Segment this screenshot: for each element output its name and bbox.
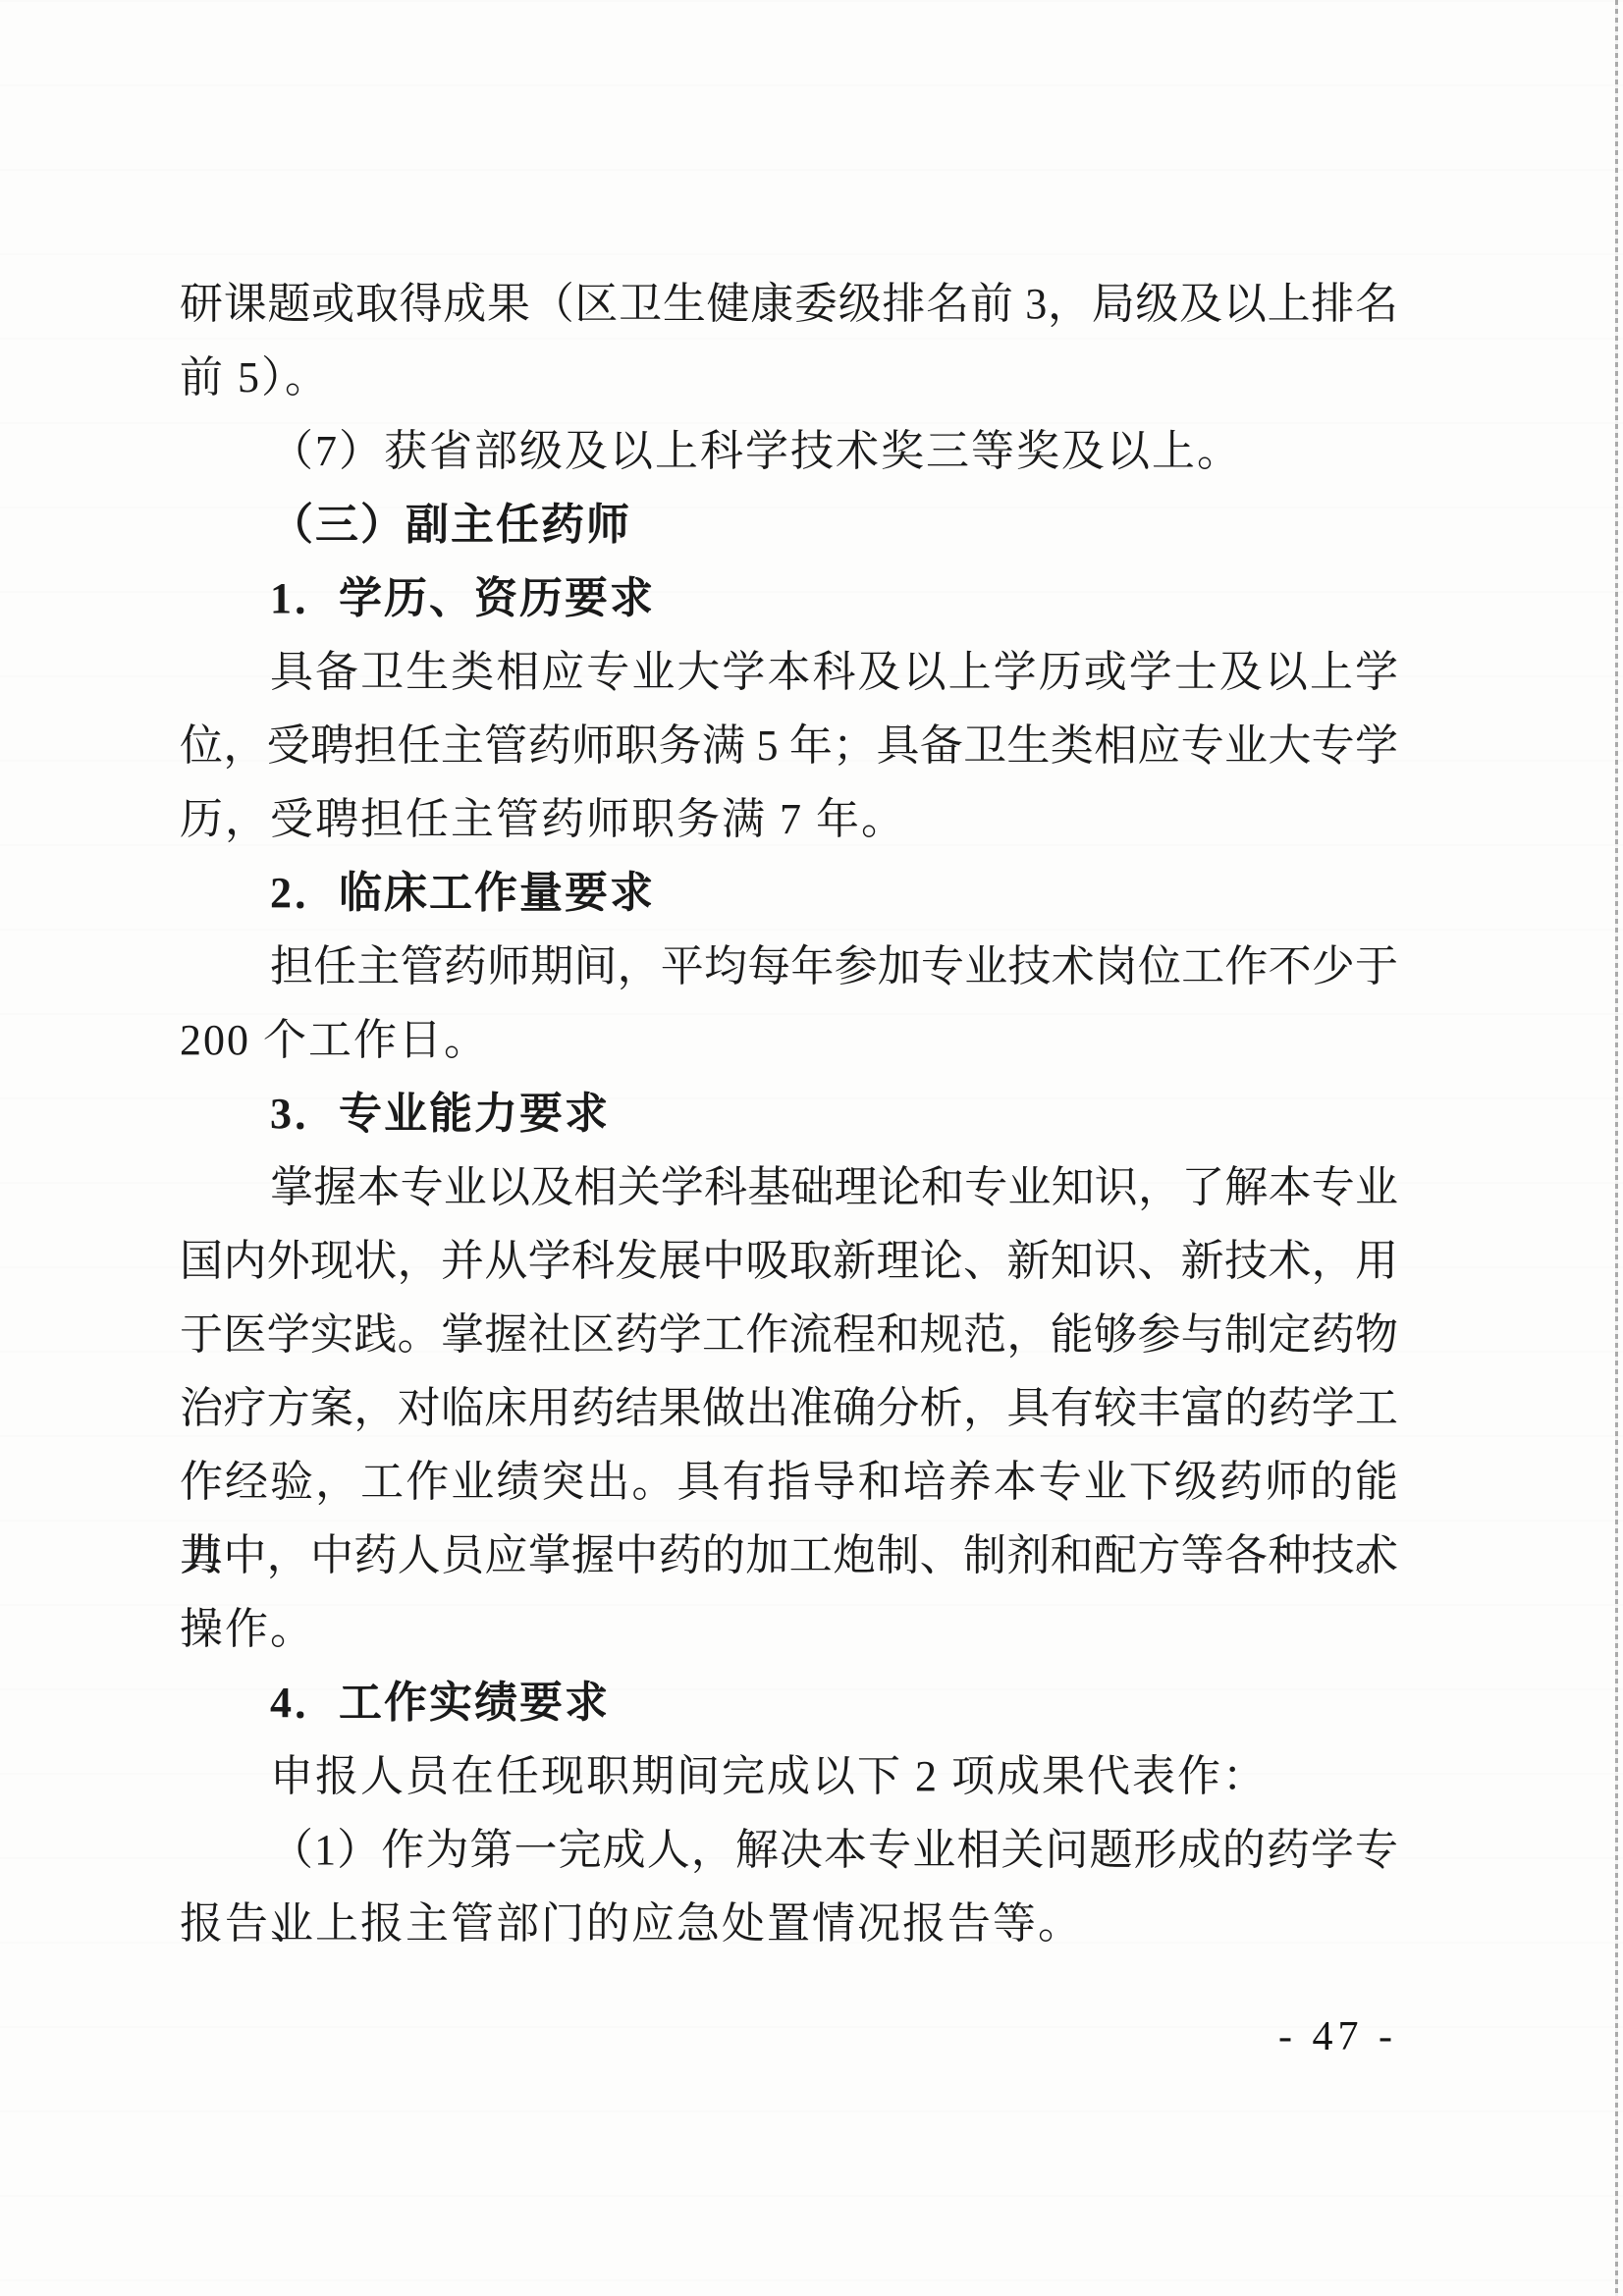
text-line: 申报人员在任现职期间完成以下 2 项成果代表作： — [180, 1739, 1398, 1813]
text-line: 研课题或取得成果（区卫生健康委级排名前 3，局级及以上排名 — [180, 267, 1398, 341]
text-block: 研课题或取得成果（区卫生健康委级排名前 3，局级及以上排名前 5）。（7）获省部… — [180, 267, 1398, 1960]
text-line: 3．专业能力要求 — [180, 1077, 1398, 1150]
text-line: 担任主管药师期间，平均每年参加专业技术岗位工作不少于 — [180, 930, 1398, 1003]
text-line: 历，受聘担任主管药师职务满 7 年。 — [180, 782, 1398, 856]
text-line: 治疗方案，对临床用药结果做出准确分析，具有较丰富的药学工 — [180, 1371, 1398, 1445]
scan-edge-artifact — [1615, 0, 1618, 2296]
document-page: 研课题或取得成果（区卫生健康委级排名前 3，局级及以上排名前 5）。（7）获省部… — [0, 0, 1623, 2296]
text-line: 2．临床工作量要求 — [180, 856, 1398, 930]
text-line: 于医学实践。掌握社区药学工作流程和规范，能够参与制定药物 — [180, 1298, 1398, 1371]
text-line: 前 5）。 — [180, 341, 1398, 414]
page-number: - 47 - — [1278, 2009, 1397, 2064]
text-line: 4．工作实绩要求 — [180, 1666, 1398, 1739]
text-line: 具备卫生类相应专业大学本科及以上学历或学士及以上学 — [180, 635, 1398, 709]
text-line: 报告、上报主管部门的应急处置情况报告等。 — [180, 1887, 1398, 1960]
text-line: 作经验，工作业绩突出。具有指导和培养本专业下级药师的能力。 — [180, 1445, 1398, 1519]
text-line: （三）副主任药师 — [180, 488, 1398, 561]
text-line: 其中，中药人员应掌握中药的加工炮制、制剂和配方等各种技术 — [180, 1519, 1398, 1592]
text-line: 操作。 — [180, 1592, 1398, 1666]
text-line: （1）作为第一完成人，解决本专业相关问题形成的药学专业 — [180, 1813, 1398, 1887]
text-line: 1．学历、资历要求 — [180, 561, 1398, 635]
text-line: 国内外现状，并从学科发展中吸取新理论、新知识、新技术，用 — [180, 1224, 1398, 1298]
text-line: 掌握本专业以及相关学科基础理论和专业知识，了解本专业 — [180, 1150, 1398, 1224]
text-line: 200 个工作日。 — [180, 1003, 1398, 1077]
text-line: （7）获省部级及以上科学技术奖三等奖及以上。 — [180, 414, 1398, 488]
text-line: 位，受聘担任主管药师职务满 5 年；具备卫生类相应专业大专学 — [180, 709, 1398, 782]
